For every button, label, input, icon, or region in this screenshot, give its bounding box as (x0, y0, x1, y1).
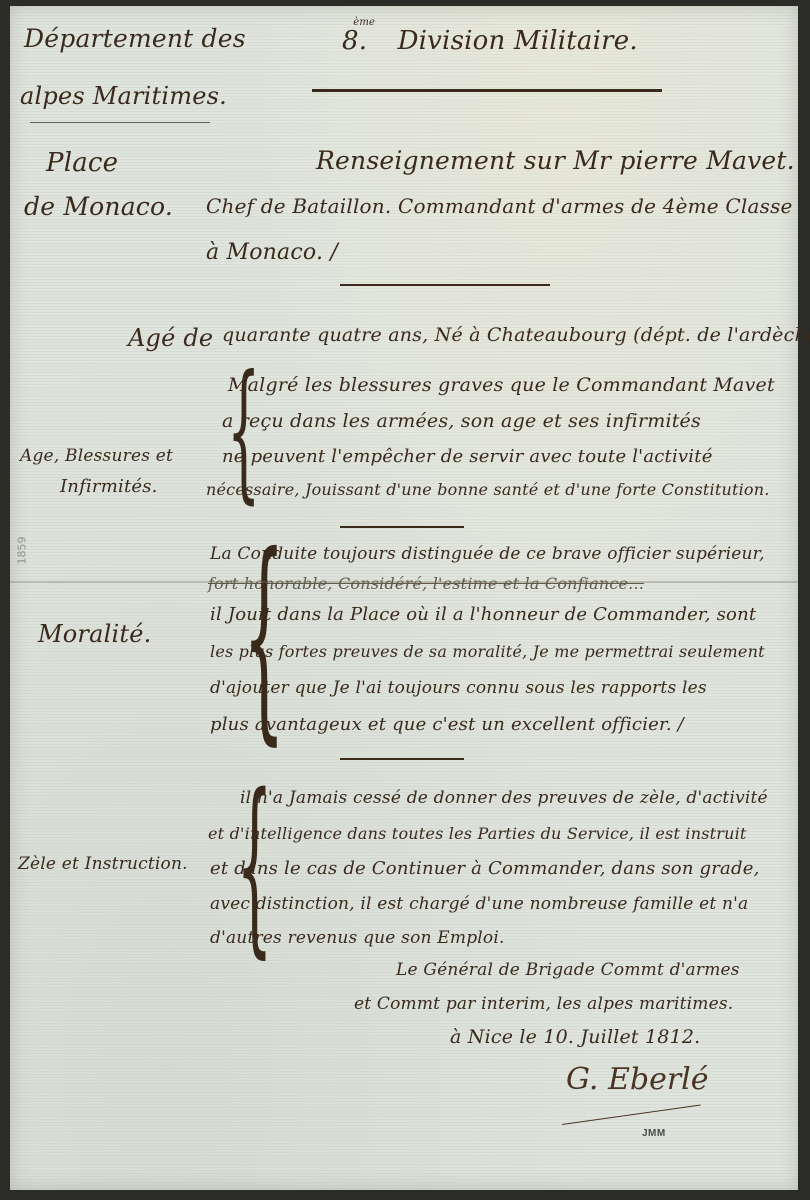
monaco-line: de Monaco. (24, 192, 173, 221)
age-text: quarante quatre ans, Né à Chateaubourg (… (222, 324, 810, 346)
margin-pencil-note: 1859 (16, 537, 29, 565)
moralite-line-3: il Jouit dans la Place où il a l'honneur… (210, 604, 756, 625)
division-title: 8.ème Division Militaire. (342, 26, 638, 56)
blessures-separator (340, 526, 464, 528)
document-page: Département des alpes Maritimes. Place d… (10, 6, 798, 1190)
division-ordinal: ème (353, 17, 375, 28)
department-line-1: Département des (24, 24, 246, 53)
zele-label: Zèle et Instruction. (18, 854, 188, 874)
blessures-line-2: a reçu dans les armées, son age et ses i… (222, 410, 701, 432)
zele-line-5: d'autres revenus que son Emploi. (210, 928, 505, 948)
moralite-line-5: d'ajouter que Je l'ai toujours connu sou… (210, 678, 707, 698)
subject-line-2: Chef de Bataillon. Commandant d'armes de… (206, 194, 793, 218)
blessures-line-1: Malgré les blessures graves que le Comma… (228, 374, 775, 396)
blessures-label-2: Infirmités. (60, 476, 158, 497)
title-underline (312, 89, 662, 92)
subject-line-3: à Monaco. / (206, 240, 338, 265)
department-line-2: alpes Maritimes. (20, 82, 227, 110)
division-name: Division Militaire. (398, 26, 638, 56)
moralite-separator (340, 758, 464, 760)
subject-line-1: Renseignement sur Mr pierre Mavet. (316, 146, 795, 175)
moralite-line-2-struck: fort honorable, Considéré, l'estime et l… (208, 574, 644, 593)
blessures-label-1: Age, Blessures et (20, 446, 173, 466)
signature: G. Eberlé (566, 1062, 709, 1097)
archive-stamp: JMM (642, 1128, 666, 1139)
closing-date: à Nice le 10. Juillet 1812. (450, 1026, 700, 1048)
department-separator (30, 122, 210, 123)
age-label: Agé de (128, 324, 213, 352)
place-line: Place (46, 148, 118, 178)
zele-line-4: avec distinction, il est chargé d'une no… (210, 894, 748, 914)
moralite-label: Moralité. (38, 620, 151, 648)
subject-underline (340, 284, 550, 286)
zele-line-1: il n'a Jamais cessé de donner des preuve… (240, 788, 768, 808)
closing-line-1: Le Général de Brigade Commt d'armes (396, 960, 740, 980)
moralite-line-4: les plus fortes preuves de sa moralité, … (210, 642, 765, 661)
zele-line-3: et dans le cas de Continuer à Commander,… (210, 858, 760, 879)
blessures-line-4: nécessaire, Jouissant d'une bonne santé … (206, 480, 770, 499)
division-number: 8. (342, 26, 367, 56)
moralite-line-1: La Conduite toujours distinguée de ce br… (210, 544, 765, 564)
signature-flourish (562, 1105, 701, 1125)
moralite-line-6: plus avantageux et que c'est un excellen… (210, 714, 684, 735)
closing-line-2: et Commt par interim, les alpes maritime… (354, 994, 733, 1014)
zele-line-2: et d'intelligence dans toutes les Partie… (208, 824, 747, 843)
blessures-line-3: ne peuvent l'empêcher de servir avec tou… (222, 446, 713, 467)
